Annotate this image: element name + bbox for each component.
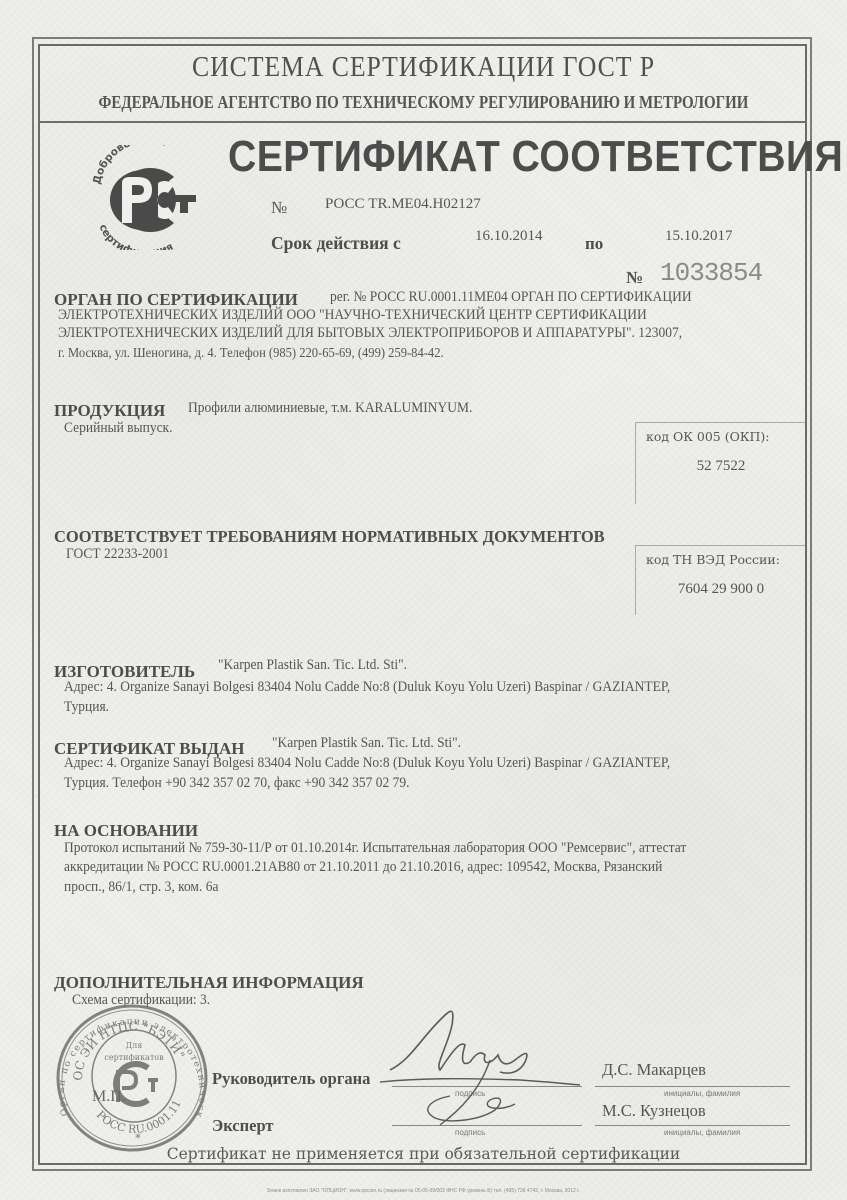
tnved-label: код ТН ВЭД России:: [646, 552, 780, 567]
expert-name-line: [595, 1125, 790, 1126]
head-name: Д.С. Макарцев: [602, 1060, 706, 1080]
header-divider: [38, 121, 807, 123]
issued-to-contacts: Турция. Телефон +90 342 357 02 70, факс …: [64, 775, 409, 792]
agency-name: ФЕДЕРАЛЬНОЕ АГЕНТСТВО ПО ТЕХНИЧЕСКОМУ РЕ…: [72, 92, 775, 113]
head-label: Руководитель органа: [212, 1069, 370, 1089]
rst-logo-icon: Добровольная сертификация: [86, 145, 206, 250]
cert-body-line: рег. № РОСС RU.0001.11МЕ04 ОРГАН ПО СЕРТ…: [330, 289, 692, 306]
validity-label: Срок действия с: [271, 233, 401, 254]
product-label: ПРОДУКЦИЯ: [54, 401, 165, 421]
expert-label: Эксперт: [212, 1116, 274, 1136]
standard: ГОСТ 22233-2001: [66, 546, 169, 563]
to-label: по: [585, 234, 603, 254]
manufacturer-country: Турция.: [64, 699, 109, 716]
okp-label: код ОК 005 (ОКП):: [646, 429, 770, 444]
name-caption: инициалы, фамилия: [664, 1089, 740, 1098]
name-caption: инициалы, фамилия: [664, 1128, 740, 1137]
valid-to: 15.10.2017: [665, 228, 733, 245]
serial-label: №: [626, 268, 643, 288]
system-title: СИСТЕМА СЕРТИФИКАЦИИ ГОСТ Р: [34, 52, 813, 84]
basis-line: Протокол испытаний № 759-30-11/Р от 01.1…: [64, 840, 686, 857]
conformity-label: СООТВЕТСТВУЕТ ТРЕБОВАНИЯМ НОРМАТИВНЫХ ДО…: [54, 527, 605, 547]
seal-stamp-icon: Орган по сертификации электротехнических…: [52, 1000, 212, 1155]
manufacturer-name: "Karpen Plastik San. Tic. Ltd. Sti".: [218, 657, 407, 674]
svg-text:Для: Для: [126, 1041, 143, 1050]
product-note: Серийный выпуск.: [64, 420, 172, 437]
cert-body-line: ЭЛЕКТРОТЕХНИЧЕСКИХ ИЗДЕЛИЙ ДЛЯ БЫТОВЫХ Э…: [58, 325, 682, 342]
serial-number: 1033854: [660, 258, 762, 288]
head-name-line: [595, 1086, 790, 1087]
issued-to-address: Адрес: 4. Organize Sanayi Bolgesi 83404 …: [64, 755, 670, 772]
certificate-title: СЕРТИФИКАТ СООТВЕТСТВИЯ: [228, 132, 843, 182]
cert-body-line: ЭЛЕКТРОТЕХНИЧЕСКИХ ИЗДЕЛИЙ ООО "НАУЧНО-Т…: [58, 307, 647, 324]
tnved-code-box: код ТН ВЭД России: 7604 29 900 0: [635, 545, 805, 615]
okp-code-box: код ОК 005 (ОКП): 52 7522: [635, 422, 805, 504]
mp-label: М.П.: [92, 1088, 126, 1106]
cert-body-line: г. Москва, ул. Шеногина, д. 4. Телефон (…: [58, 345, 444, 361]
number-label: №: [271, 198, 287, 218]
basis-label: НА ОСНОВАНИИ: [54, 821, 198, 841]
printer-info: Бланк изготовлен ЗАО "ОПЦИОН", www.opcio…: [0, 1188, 847, 1194]
valid-from: 16.10.2014: [475, 228, 543, 245]
okp-code: 52 7522: [636, 458, 806, 475]
product-name: Профили алюминиевые, т.м. KARALUMINYUM.: [188, 400, 472, 417]
issued-to-name: "Karpen Plastik San. Tic. Ltd. Sti".: [272, 735, 461, 752]
expert-name: М.С. Кузнецов: [602, 1101, 706, 1121]
additional-info-label: ДОПОЛНИТЕЛЬНАЯ ИНФОРМАЦИЯ: [54, 973, 364, 993]
certificate-number: РОСС TR.ME04.H02127: [325, 196, 481, 213]
svg-text:сертификатов: сертификатов: [104, 1053, 164, 1062]
handwritten-signature-icon: [380, 1000, 580, 1140]
manufacturer-address: Адрес: 4. Organize Sanayi Bolgesi 83404 …: [64, 679, 670, 696]
tnved-code: 7604 29 900 0: [636, 581, 806, 598]
footer-note: Сертификат не применяется при обязательн…: [0, 1145, 847, 1163]
svg-text:*: *: [135, 1131, 141, 1145]
basis-line: аккредитации № РОСС RU.0001.21АВ80 от 21…: [64, 859, 662, 876]
basis-line: просп., 86/1, стр. 3, ком. 6а: [64, 879, 218, 896]
